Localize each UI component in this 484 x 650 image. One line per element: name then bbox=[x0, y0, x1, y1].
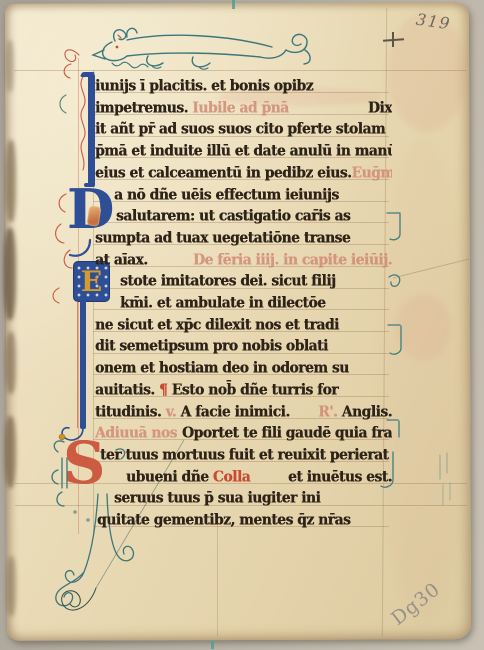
text-line: p̄mā et induite illū et date anulū in ma… bbox=[95, 141, 392, 163]
text-line: quitate gementibz, mentes q̄z nr̄as bbox=[97, 510, 392, 532]
text-segment: Anglis. bbox=[342, 402, 392, 424]
text-line: dit semetipsum pro nobis oblati bbox=[95, 336, 392, 358]
text-line: iunijs ī placitis. et bonis opibz bbox=[95, 76, 392, 98]
text-line: a nō dñe uēis effectum ieiunijs bbox=[114, 185, 392, 207]
dragon-drollery-icon bbox=[93, 28, 310, 69]
text-segment: A facie inimici. bbox=[181, 402, 290, 424]
text-line: ne sicut et xp̄c dilexit nos et tradi bbox=[95, 315, 392, 337]
text-segment: et inuētus est. bbox=[288, 467, 392, 489]
text-segment: km̄i. et ambulate in dilectōe bbox=[120, 293, 325, 315]
text-segment: auitatis. bbox=[95, 380, 159, 402]
text-segment: ne sicut et xp̄c dilexit nos et tradi bbox=[95, 315, 339, 337]
text-line: eius et calceamentū in pedibz eius.Euḡm bbox=[95, 163, 392, 185]
initial-e-bar-red-line bbox=[77, 301, 78, 428]
spacer bbox=[290, 402, 318, 424]
text-segment: seruus tuus p̄ sua iugiter ini bbox=[114, 488, 320, 510]
text-segment: it añt pr̄ ad suos suos cito pferte stol… bbox=[95, 119, 385, 141]
text-segment: a nō dñe uēis effectum ieiunijs bbox=[114, 185, 339, 207]
text-segment: quitate gementibz, mentes q̄z nr̄as bbox=[97, 510, 350, 532]
text-segment: onem et hostiam deo in odorem su bbox=[95, 358, 349, 380]
text-segment: dit semetipsum pro nobis oblati bbox=[95, 336, 328, 358]
text-segment: eius et calceamentū in pedibz eius. bbox=[95, 163, 351, 185]
spacer bbox=[289, 98, 368, 120]
spacer bbox=[152, 250, 193, 272]
text-line: sumpta ad tuax uegetatiōne transe bbox=[95, 228, 392, 250]
photographed-manuscript-page: I D E S iunijs ī placitis. et bonis opib… bbox=[0, 0, 484, 650]
spacer bbox=[255, 467, 288, 489]
text-segment: salutarem: ut castigatio car̄is as bbox=[116, 206, 350, 228]
text-segment: impetremus. bbox=[95, 98, 192, 120]
text-segment: Oportet te fili gaudē quia fra bbox=[182, 423, 392, 445]
text-line: it añt pr̄ ad suos suos cito pferte stol… bbox=[95, 119, 392, 141]
text-segment: stote imitatores dei. sicut filij bbox=[120, 271, 336, 293]
text-line: Adiuuā nos Oportet te fili gaudē quia fr… bbox=[95, 423, 392, 445]
text-line: auitatis. ¶ Esto nob̄ dñe turris for bbox=[95, 380, 392, 402]
rubric-segment: R'. bbox=[318, 402, 342, 424]
text-segment: Dix bbox=[368, 98, 392, 120]
rubric-segment: De fēria iiij. in capite ieiūij. bbox=[193, 250, 392, 272]
text-line: stote imitatores dei. sicut filij bbox=[120, 271, 392, 293]
text-segment: p̄mā et induite illū et date anulū in ma… bbox=[95, 141, 392, 163]
text-line: titudinis. v. A facie inimici.R'. Anglis… bbox=[95, 402, 392, 424]
text-segment: sumpta ad tuax uegetatiōne transe bbox=[95, 228, 350, 250]
text-segment: iunijs ī placitis. et bonis opibz bbox=[95, 76, 313, 98]
rubric-segment: Iubile ad p̄nā bbox=[192, 98, 288, 120]
text-segment: titudinis. bbox=[95, 402, 166, 424]
text-segment: ter tuus mortuus fuit et reuixit periera… bbox=[100, 445, 388, 467]
text-line: salutarem: ut castigatio car̄is as bbox=[116, 206, 392, 228]
text-line: km̄i. et ambulate in dilectōe bbox=[120, 293, 392, 315]
rubric-segment: v. bbox=[166, 402, 181, 424]
initial-e-bar bbox=[80, 299, 86, 429]
rubric-segment: ¶ bbox=[159, 380, 172, 402]
rubric-segment: Adiuuā nos bbox=[95, 423, 181, 445]
text-line: impetremus. Iubile ad p̄nāDix bbox=[95, 98, 392, 120]
text-line: onem et hostiam deo in odorem su bbox=[95, 358, 392, 380]
text-segment: Esto nob̄ dñe turris for bbox=[172, 380, 338, 402]
text-line: seruus tuus p̄ sua iugiter ini bbox=[114, 488, 392, 510]
text-segment: at aīax. bbox=[95, 250, 152, 272]
text-line: ubueni dñe Colla et inuētus est. bbox=[126, 467, 392, 489]
rubric-segment: Colla bbox=[213, 467, 255, 489]
text-line: at aīax. De fēria iiij. in capite ieiūij… bbox=[95, 250, 392, 272]
text-segment: ubueni dñe bbox=[126, 467, 213, 489]
rubric-segment: Euḡm bbox=[351, 163, 392, 185]
text-line: ter tuus mortuus fuit et reuixit periera… bbox=[100, 445, 392, 467]
